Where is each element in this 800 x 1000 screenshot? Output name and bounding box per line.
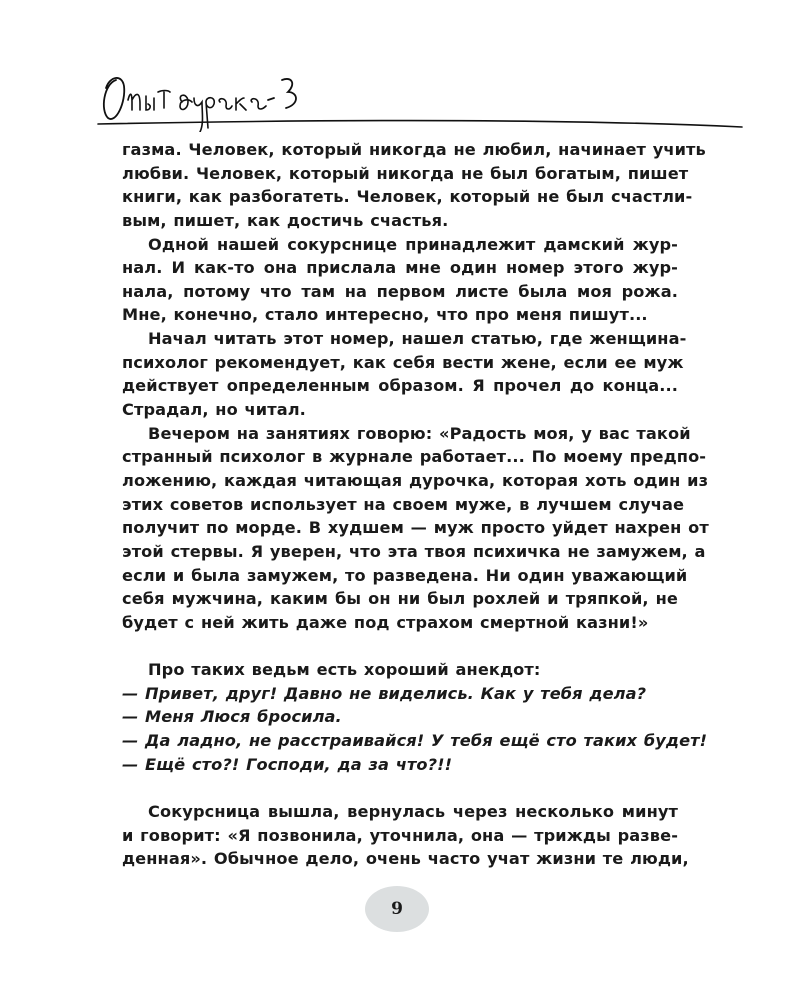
running-header: Опыт дурака-3 — [96, 62, 746, 132]
text-line: ложению, каждая читающая дурочка, котора… — [122, 469, 678, 493]
page-number: 9 — [391, 899, 403, 919]
paragraph-2: Одной нашей сокурснице принадлежит дамск… — [122, 233, 678, 328]
body-text: газма. Человек, который никогда не любил… — [122, 138, 678, 871]
text-line: если и была замужем, то разведена. Ни од… — [122, 564, 678, 588]
paragraph-1: газма. Человек, который никогда не любил… — [122, 138, 678, 233]
text-line: Начал читать этот номер, нашел статью, г… — [122, 327, 678, 351]
text-line: и говорит: «Я позвонила, уточнила, она —… — [122, 824, 678, 848]
text-line: Страдал, но читал. — [122, 398, 678, 422]
text-line: газма. Человек, который никогда не любил… — [122, 138, 678, 162]
text-line: вым, пишет, как достичь счастья. — [122, 209, 678, 233]
blank-line — [122, 776, 678, 800]
text-line: книги, как разбогатеть. Человек, который… — [122, 185, 678, 209]
page-number-badge: 9 — [365, 886, 429, 932]
paragraph-3: Начал читать этот номер, нашел статью, г… — [122, 327, 678, 422]
anecdote-block: Про таких ведьм есть хороший анекдот: — … — [122, 658, 678, 776]
text-line: Сокурсница вышла, вернулась через нескол… — [122, 800, 678, 824]
text-line: этих советов использует на своем муже, в… — [122, 493, 678, 517]
dialogue-line: — Да ладно, не расстраивайся! У тебя ещё… — [122, 729, 678, 753]
text-line: себя мужчина, каким бы он ни был рохлей … — [122, 587, 678, 611]
text-line: Одной нашей сокурснице принадлежит дамск… — [122, 233, 678, 257]
text-line: странный психолог в журнале работает... … — [122, 445, 678, 469]
dialogue-line: — Меня Люся бросила. — [122, 705, 678, 729]
anecdote-intro: Про таких ведьм есть хороший анекдот: — [122, 658, 678, 682]
text-line: психолог рекомендует, как себя вести жен… — [122, 351, 678, 375]
text-line: любви. Человек, который никогда не был б… — [122, 162, 678, 186]
dialogue-line: — Ещё сто?! Господи, да за что?!! — [122, 753, 678, 777]
text-line: получит по морде. В худшем — муж просто … — [122, 516, 678, 540]
text-line: действует определенным образом. Я прочел… — [122, 374, 678, 398]
paragraph-4: Вечером на занятиях говорю: «Радость моя… — [122, 422, 678, 635]
text-line: денная». Обычное дело, очень часто учат … — [122, 847, 678, 871]
text-line: нал. И как-то она прислала мне один номе… — [122, 256, 678, 280]
dialogue-line: — Привет, друг! Давно не виделись. Как у… — [122, 682, 678, 706]
handwritten-title-logo — [96, 62, 746, 132]
paragraph-5: Сокурсница вышла, вернулась через нескол… — [122, 800, 678, 871]
text-line: будет с ней жить даже под страхом смертн… — [122, 611, 678, 635]
text-line: Мне, конечно, стало интересно, что про м… — [122, 303, 678, 327]
text-line: нала, потому что там на первом листе был… — [122, 280, 678, 304]
blank-line — [122, 634, 678, 658]
book-page: Опыт дурака-3 газма. Человек, который ни… — [0, 0, 800, 1000]
text-line: Вечером на занятиях говорю: «Радость моя… — [122, 422, 678, 446]
text-line: этой стервы. Я уверен, что эта твоя псих… — [122, 540, 678, 564]
